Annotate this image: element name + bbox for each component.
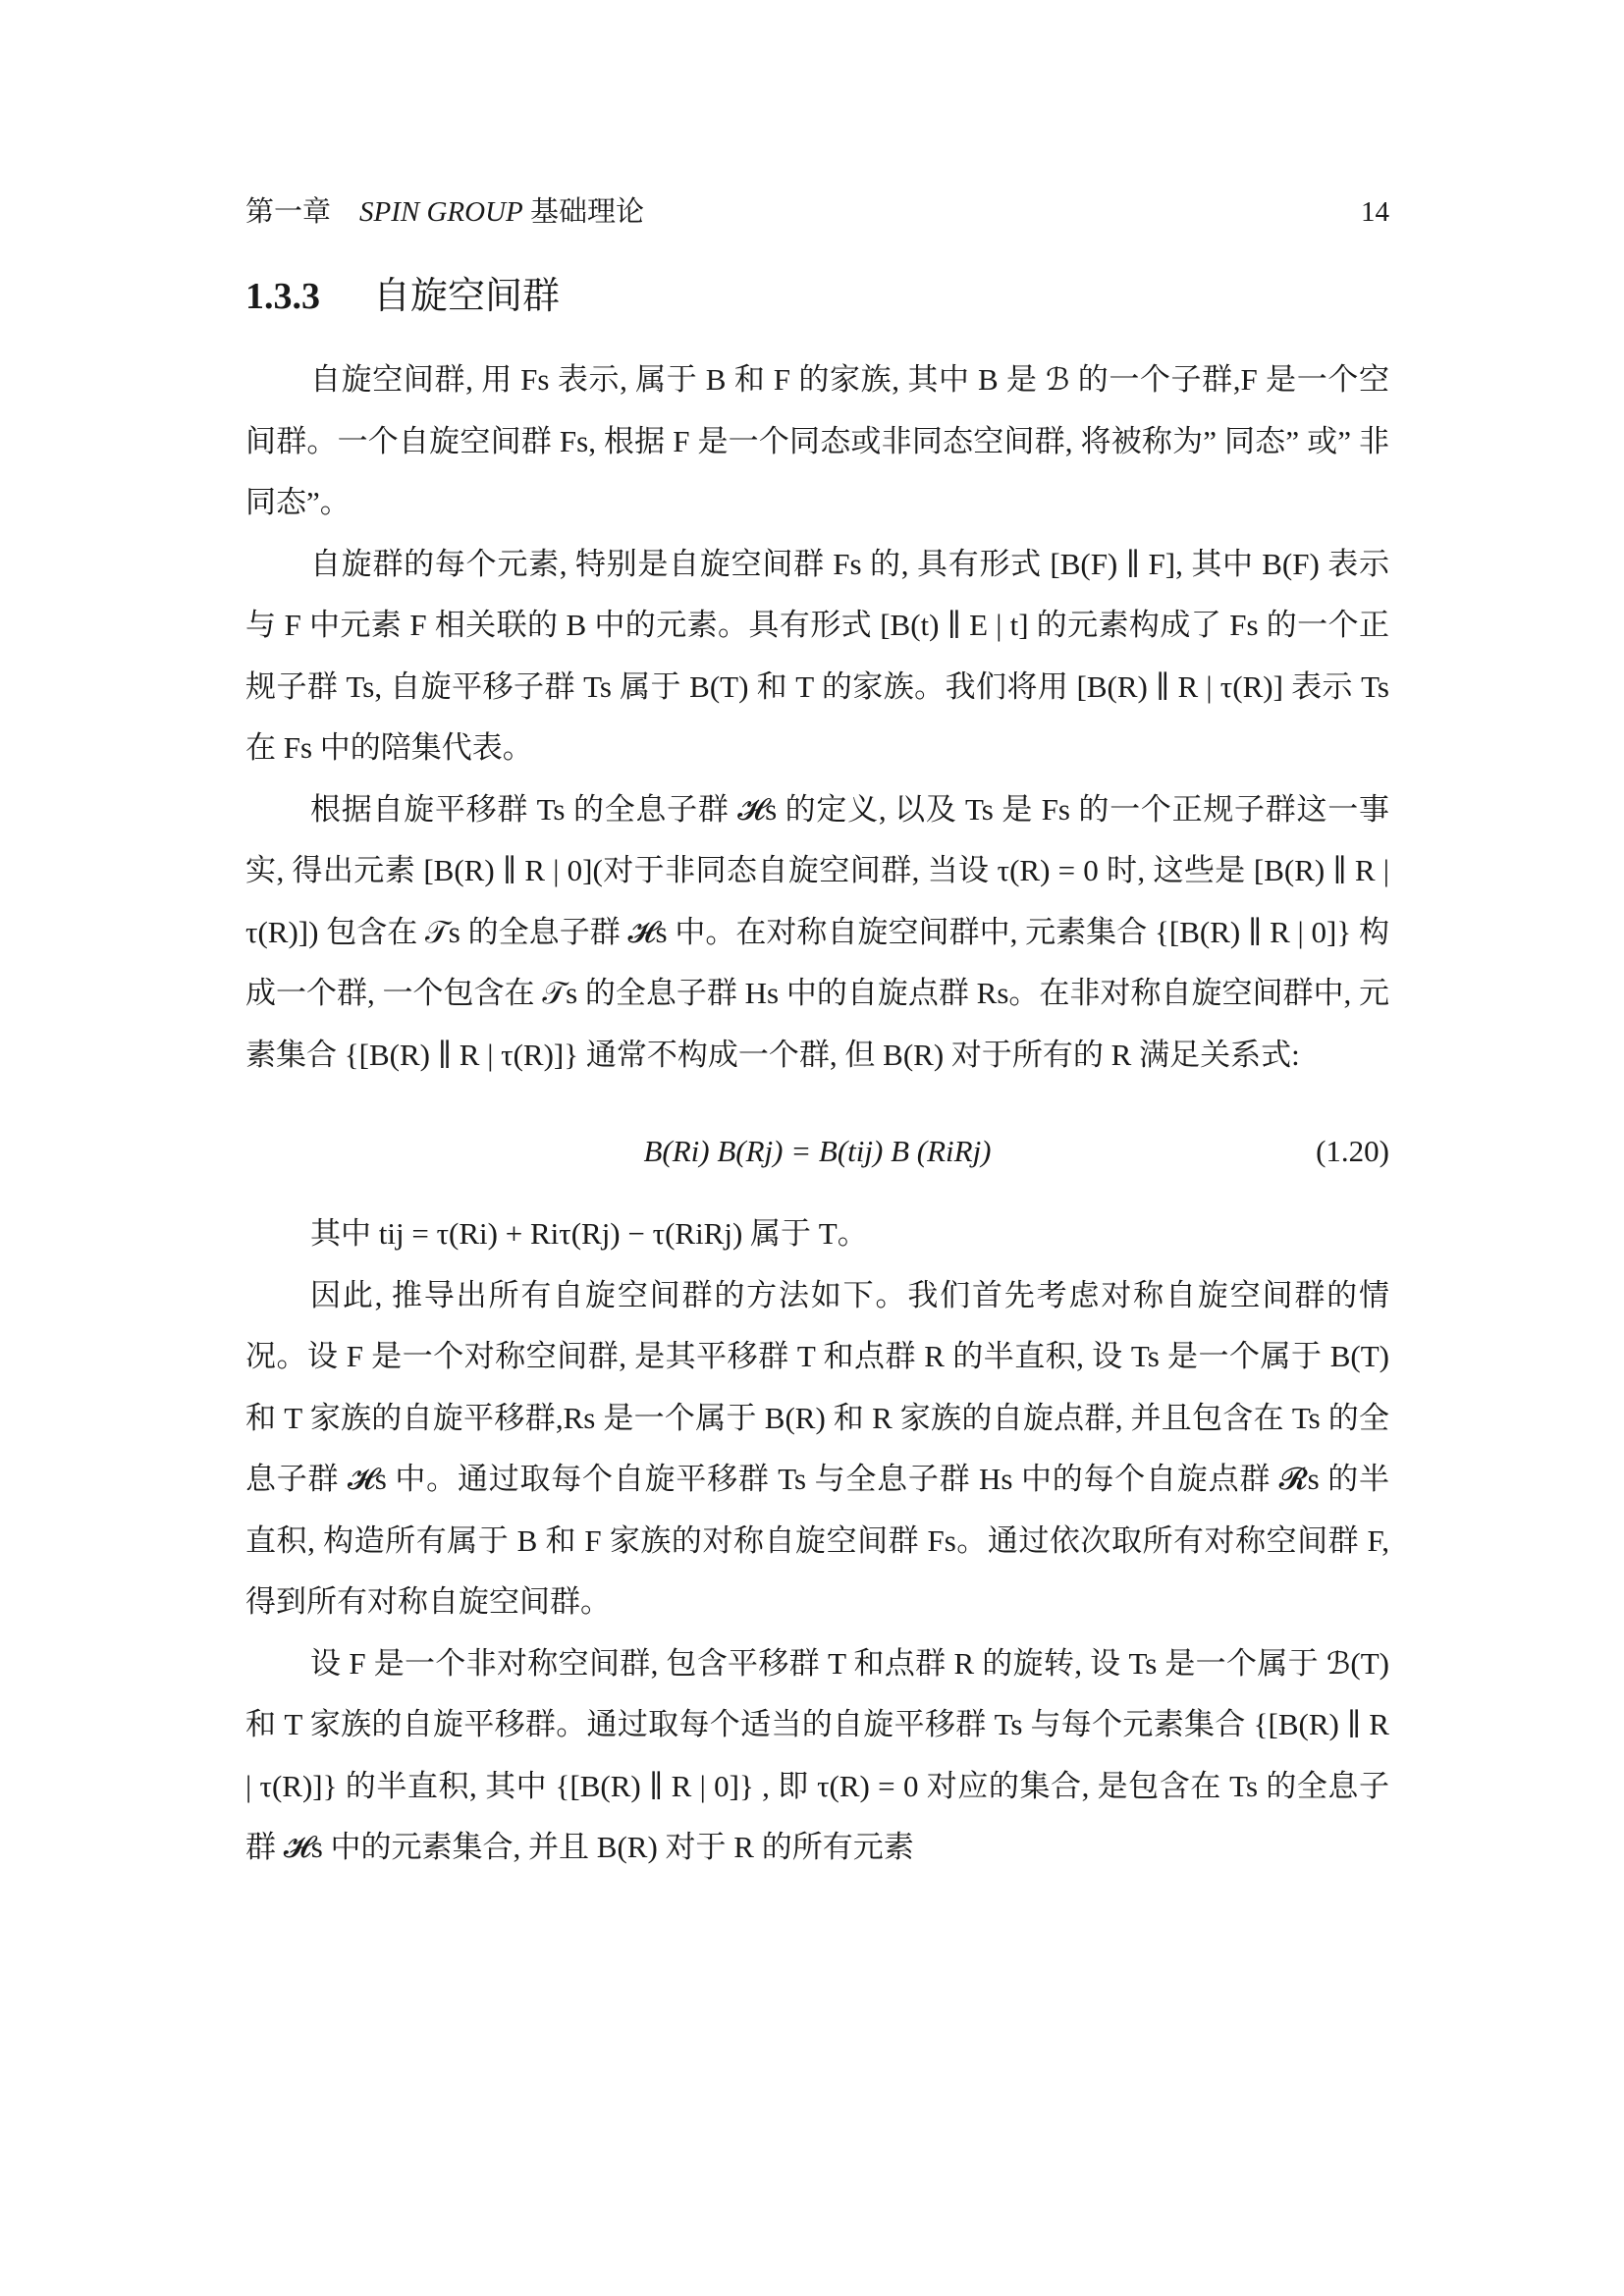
section-title: 自旋空间群 bbox=[373, 274, 560, 317]
paragraph: 设 F 是一个非对称空间群, 包含平移群 T 和点群 R 的旋转, 设 Ts 是… bbox=[245, 1633, 1389, 1879]
page-number: 14 bbox=[1361, 192, 1389, 232]
equation-number: (1.20) bbox=[1316, 1121, 1389, 1183]
chapter-heading: 第一章 SPIN GROUP 基础理论 bbox=[245, 192, 644, 232]
section-number: 1.3.3 bbox=[245, 272, 373, 321]
chapter-prefix: 第一章 bbox=[245, 196, 331, 228]
equation-block: B(Ri) B(Rj) = B(tij) B (RiRj) (1.20) bbox=[245, 1095, 1389, 1203]
body-text: 自旋空间群, 用 Fs 表示, 属于 B 和 F 的家族, 其中 B 是 ℬ 的… bbox=[245, 349, 1389, 1879]
chapter-title-cn: 基础理论 bbox=[530, 196, 644, 228]
paragraph: 自旋空间群, 用 Fs 表示, 属于 B 和 F 的家族, 其中 B 是 ℬ 的… bbox=[245, 349, 1389, 534]
paragraph: 其中 tij = τ(Ri) + Riτ(Rj) − τ(RiRj) 属于 T。 bbox=[245, 1203, 1389, 1265]
running-header: 第一章 SPIN GROUP 基础理论 14 bbox=[245, 192, 1389, 232]
equation-expression: B(Ri) B(Rj) = B(tij) B (RiRj) bbox=[245, 1121, 1389, 1183]
paragraph: 自旋群的每个元素, 特别是自旋空间群 Fs 的, 具有形式 [B(F) ∥ F]… bbox=[245, 534, 1389, 779]
paragraph: 因此, 推导出所有自旋空间群的方法如下。我们首先考虑对称自旋空间群的情况。设 F… bbox=[245, 1265, 1389, 1633]
chapter-title-latin: SPIN GROUP bbox=[359, 196, 523, 228]
paragraph: 根据自旋平移群 Ts 的全息子群 𝓗s 的定义, 以及 Ts 是 Fs 的一个正… bbox=[245, 779, 1389, 1087]
section-heading: 1.3.3自旋空间群 bbox=[245, 271, 560, 321]
